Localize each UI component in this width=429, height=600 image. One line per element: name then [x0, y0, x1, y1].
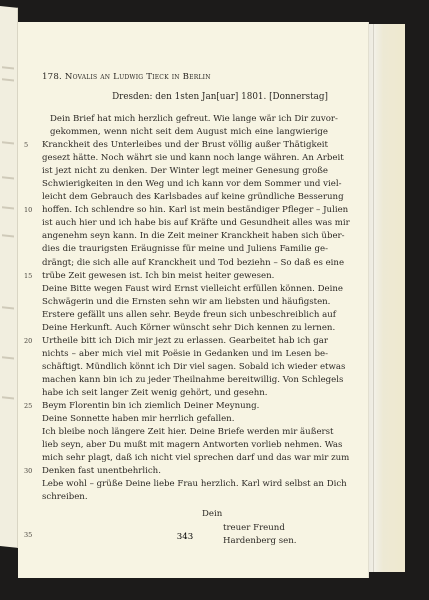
closing-line: Dein — [42, 508, 328, 522]
text-line-content: trübe Zeit gewesen ist. Ich bin meist he… — [42, 271, 274, 281]
text-line: 30Denken fast unentbehrlich. — [42, 465, 328, 478]
bleed-mark — [2, 176, 14, 179]
text-line-content: drängt; die sich alle auf Kranckheit und… — [42, 258, 344, 268]
text-line-content: machen kann bin ich zu jeder Theilnahme … — [42, 375, 343, 385]
letter-dateline: Dresden: den 1sten Jan[uar] 1801. [Donne… — [42, 90, 328, 104]
text-line-content: Schwierigkeiten in den Weg und ich kann … — [42, 179, 341, 189]
text-line-content: Deine Sonnette haben mir herrlich gefall… — [42, 414, 234, 424]
line-number: 5 — [24, 139, 36, 152]
text-line: dies die traurigsten Eräugnisse für mein… — [42, 243, 328, 256]
line-number: 35 — [24, 529, 36, 543]
text-line-content: Erstere gefällt uns allen sehr. Beyde fr… — [42, 310, 336, 320]
bleed-mark — [2, 66, 14, 69]
text-line: 15trübe Zeit gewesen ist. Ich bin meist … — [42, 270, 328, 283]
text-line: drängt; die sich alle auf Kranckheit und… — [42, 257, 328, 270]
text-line-content: gekommen, wenn nicht seit dem August mic… — [50, 127, 328, 137]
closing-salutation: Dein — [202, 508, 222, 522]
text-line: habe ich seit langer Zeit wenig gehört, … — [42, 387, 328, 400]
letter-body: Dein Brief hat mich herzlich gefreut. Wi… — [42, 113, 328, 504]
text-line: Erstere gefällt uns allen sehr. Beyde fr… — [42, 309, 328, 322]
text-line: gesezt hätte. Noch währt sie und kann no… — [42, 152, 328, 165]
text-line: Deine Sonnette haben mir herrlich gefall… — [42, 413, 328, 426]
text-line-content: Schwägerin und die Ernsten sehn wir am l… — [42, 297, 330, 307]
bleed-mark — [2, 356, 14, 359]
bleed-mark — [2, 141, 14, 144]
text-line: Deine Bitte wegen Faust wird Ernst viell… — [42, 283, 328, 296]
line-number: 25 — [24, 400, 36, 413]
text-line-content: Kranckheit des Unterleibes und der Brust… — [42, 140, 328, 150]
line-number: 20 — [24, 335, 36, 348]
text-line-content: Ich bleibe noch längere Zeit hier. Deine… — [42, 427, 334, 437]
line-number: 10 — [24, 204, 36, 217]
facing-left-page — [0, 6, 18, 548]
text-line-content: Deine Herkunft. Auch Körner wünscht sehr… — [42, 323, 335, 333]
text-line-content: Urtheile bitt ich Dich mir jezt zu erlas… — [42, 336, 328, 346]
bleed-mark — [2, 306, 14, 309]
text-line: Schwägerin und die Ernsten sehn wir am l… — [42, 296, 328, 309]
text-line: 10hoffen. Ich schlendre so hin. Karl ist… — [42, 204, 328, 217]
text-line-content: dies die traurigsten Eräugnisse für mein… — [42, 244, 328, 254]
text-line: schreiben. — [42, 491, 328, 504]
text-line-content: schäftigt. Mündlich könnt ich Dir viel s… — [42, 362, 345, 372]
text-line-content: ist auch hier und ich habe bis auf Kräft… — [42, 218, 350, 228]
text-line-content: Denken fast unentbehrlich. — [42, 466, 161, 476]
text-line: 20Urtheile bitt ich Dich mir jezt zu erl… — [42, 335, 328, 348]
text-line: mich sehr plagt, daß ich nicht viel spre… — [42, 452, 328, 465]
bleed-mark — [2, 234, 14, 237]
page-number: 343 — [42, 532, 328, 542]
text-line: lieb seyn, aber Du mußt mit magern Antwo… — [42, 439, 328, 452]
text-line: Lebe wohl – grüße Deine liebe Frau herzl… — [42, 478, 328, 491]
text-line: ist jezt nicht zu denken. Der Winter leg… — [42, 165, 328, 178]
text-line-content: Beym Florentin bin ich ziemlich Deiner M… — [42, 401, 259, 411]
text-line-content: gesezt hätte. Noch währt sie und kann no… — [42, 153, 344, 163]
text-line-content: hoffen. Ich schlendre so hin. Karl ist m… — [42, 205, 348, 215]
text-line: ist auch hier und ich habe bis auf Kräft… — [42, 217, 328, 230]
book-page: 178. Novalis an Ludwig Tieck in Berlin D… — [18, 22, 368, 578]
page-edge-stack — [364, 24, 405, 572]
text-line-content: leicht dem Gebrauch des Karlsbades auf k… — [42, 192, 344, 202]
text-line: Dein Brief hat mich herzlich gefreut. Wi… — [42, 113, 328, 126]
page-content: 178. Novalis an Ludwig Tieck in Berlin D… — [42, 70, 328, 549]
text-line: nichts – aber mich viel mit Poësie in Ge… — [42, 348, 328, 361]
text-line: Schwierigkeiten in den Weg und ich kann … — [42, 178, 328, 191]
text-line-content: Deine Bitte wegen Faust wird Ernst viell… — [42, 284, 343, 294]
line-number: 30 — [24, 465, 36, 478]
text-line-content: ist jezt nicht zu denken. Der Winter leg… — [42, 166, 328, 176]
text-line-content: mich sehr plagt, daß ich nicht viel spre… — [42, 453, 349, 463]
text-line-content: angenehm seyn kann. In die Zeit meiner K… — [42, 231, 345, 241]
page-edge-line — [373, 24, 374, 572]
text-line: Ich bleibe noch längere Zeit hier. Deine… — [42, 426, 328, 439]
bleed-mark — [2, 396, 14, 399]
text-line: leicht dem Gebrauch des Karlsbades auf k… — [42, 191, 328, 204]
text-line-content: Dein Brief hat mich herzlich gefreut. Wi… — [50, 114, 338, 124]
text-line-content: Lebe wohl – grüße Deine liebe Frau herzl… — [42, 479, 347, 489]
text-line-content: nichts – aber mich viel mit Poësie in Ge… — [42, 349, 328, 359]
text-line: 25Beym Florentin bin ich ziemlich Deiner… — [42, 400, 328, 413]
text-line: machen kann bin ich zu jeder Theilnahme … — [42, 374, 328, 387]
bleed-mark — [2, 78, 14, 81]
text-line-content: lieb seyn, aber Du mußt mit magern Antwo… — [42, 440, 342, 450]
text-line: 5Kranckheit des Unterleibes und der Brus… — [42, 139, 328, 152]
letter-heading: 178. Novalis an Ludwig Tieck in Berlin — [42, 70, 328, 84]
text-line: schäftigt. Mündlich könnt ich Dir viel s… — [42, 361, 328, 374]
bleed-mark — [2, 206, 14, 209]
text-line-content: schreiben. — [42, 492, 88, 502]
text-line: angenehm seyn kann. In die Zeit meiner K… — [42, 230, 328, 243]
text-line-content: habe ich seit langer Zeit wenig gehört, … — [42, 388, 268, 398]
text-line: Deine Herkunft. Auch Körner wünscht sehr… — [42, 322, 328, 335]
text-line: gekommen, wenn nicht seit dem August mic… — [42, 126, 328, 139]
line-number: 15 — [24, 270, 36, 283]
